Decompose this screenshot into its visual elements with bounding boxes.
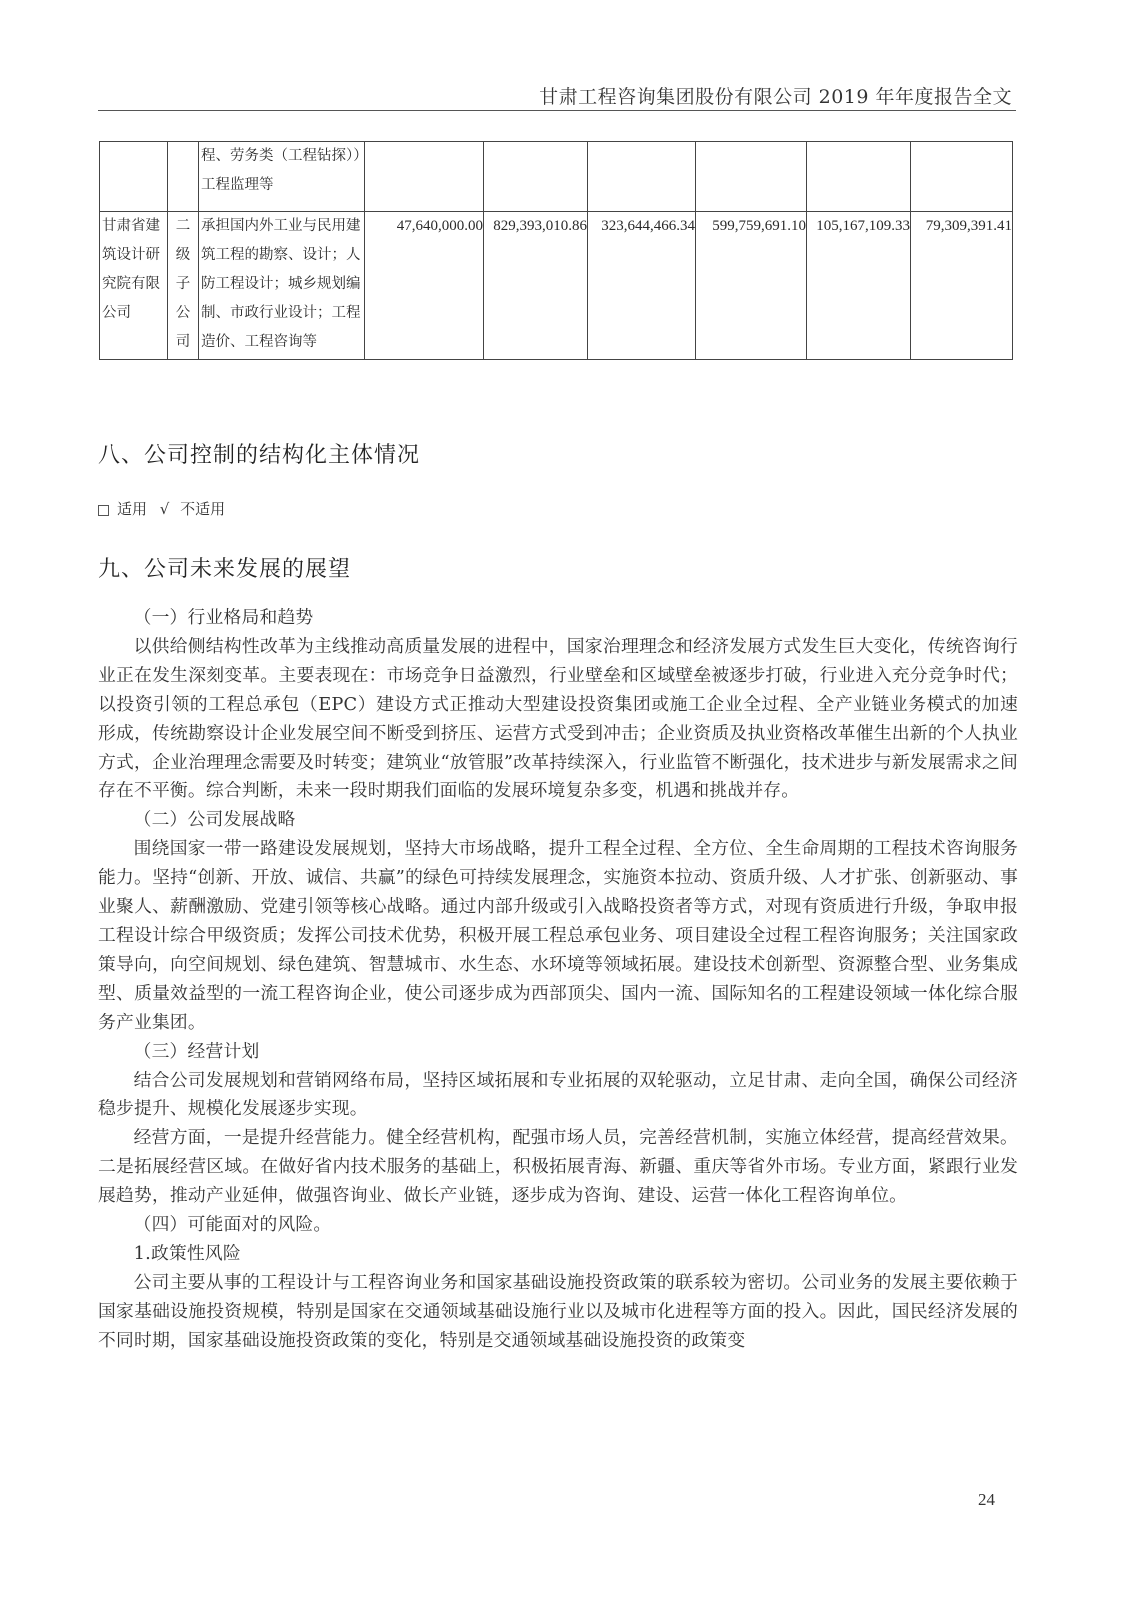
- paragraph-strategy: 围绕国家一带一路建设发展规划，坚持大市场战略，提升工程全过程、全方位、全生命周期…: [98, 835, 1018, 1037]
- company-name-line: 筑设计研: [100, 241, 167, 270]
- paragraph-plan-1: 结合公司发展规划和营销网络布局，坚持区域拓展和专业拓展的双轮驱动，立足甘肃、走向…: [98, 1067, 1018, 1125]
- check-mark-icon: √: [160, 500, 170, 518]
- company-type-cell: 二级 子公 司: [168, 212, 199, 360]
- page-number: 24: [978, 1490, 995, 1510]
- business-line: 程、劳务类（工程钻探））: [199, 142, 364, 171]
- subsidiary-table: 程、劳务类（工程钻探）） 工程监理等 甘肃省建 筑设计研 究院有限 公司 二级 …: [99, 141, 1013, 360]
- value-cell: [484, 142, 588, 212]
- registered-capital-cell: 47,640,000.00: [365, 212, 484, 360]
- business-line: 承担国内外工业与民用建: [199, 212, 364, 241]
- company-type-cell: [168, 142, 199, 212]
- business-line: 造价、工程咨询等: [199, 328, 364, 357]
- section9-body: （一）行业格局和趋势 以供给侧结构性改革为主线推动高质量发展的进程中，国家治理理…: [98, 604, 1018, 1356]
- business-scope-cell: 承担国内外工业与民用建 筑工程的勘察、设计；人 防工程设计；城乡规划编 制、市政…: [199, 212, 365, 360]
- table-row: 甘肃省建 筑设计研 究院有限 公司 二级 子公 司 承担国内外工业与民用建 筑工…: [100, 212, 1013, 360]
- company-name-line: 究院有限: [100, 270, 167, 299]
- value-cell: [807, 142, 911, 212]
- table-row-continued: 程、劳务类（工程钻探）） 工程监理等: [100, 142, 1013, 212]
- paragraph-industry: 以供给侧结构性改革为主线推动高质量发展的进程中，国家治理理念和经济发展方式发生巨…: [98, 633, 1018, 806]
- subheading-risks: （四）可能面对的风险。: [98, 1211, 1018, 1240]
- business-line: 制、市政行业设计；工程: [199, 299, 364, 328]
- applicability-line: 适用 √ 不适用: [98, 498, 225, 519]
- company-name-line: 甘肃省建: [100, 212, 167, 241]
- page-header: 甘肃工程咨询集团股份有限公司 2019 年年度报告全文: [98, 80, 1016, 111]
- net-profit-cell: 79,309,391.41: [911, 212, 1013, 360]
- subheading-industry: （一）行业格局和趋势: [98, 604, 1018, 633]
- checkbox-icon: [98, 505, 109, 516]
- paragraph-policy-risk: 公司主要从事的工程设计与工程咨询业务和国家基础设施投资政策的联系较为密切。公司业…: [98, 1269, 1018, 1356]
- report-title: 甘肃工程咨询集团股份有限公司 2019 年年度报告全文: [539, 82, 1012, 109]
- business-line: 防工程设计；城乡规划编: [199, 270, 364, 299]
- subheading-policy-risk: 1.政策性风险: [98, 1240, 1018, 1269]
- operating-profit-cell: 105,167,109.33: [807, 212, 911, 360]
- applicable-label: 适用: [117, 500, 147, 518]
- revenue-cell: 599,759,691.10: [696, 212, 807, 360]
- company-name-cell: [100, 142, 168, 212]
- section9-heading: 九、公司未来发展的展望: [98, 552, 351, 583]
- value-cell: [588, 142, 696, 212]
- subheading-plan: （三）经营计划: [98, 1038, 1018, 1067]
- company-name-line: 公司: [100, 299, 167, 328]
- subheading-strategy: （二）公司发展战略: [98, 806, 1018, 835]
- value-cell: [365, 142, 484, 212]
- company-type-line: 二级: [168, 212, 198, 270]
- value-cell: [911, 142, 1013, 212]
- net-assets-cell: 323,644,466.34: [588, 212, 696, 360]
- section8-heading: 八、公司控制的结构化主体情况: [98, 438, 420, 469]
- business-line: 工程监理等: [199, 171, 364, 200]
- value-cell: [696, 142, 807, 212]
- company-type-line: 子公: [168, 270, 198, 328]
- paragraph-plan-2: 经营方面，一是提升经营能力。健全经营机构，配强市场人员，完善经营机制，实施立体经…: [98, 1124, 1018, 1211]
- business-line: 筑工程的勘察、设计；人: [199, 241, 364, 270]
- total-assets-cell: 829,393,010.86: [484, 212, 588, 360]
- company-name-cell: 甘肃省建 筑设计研 究院有限 公司: [100, 212, 168, 360]
- business-scope-cell: 程、劳务类（工程钻探）） 工程监理等: [199, 142, 365, 212]
- not-applicable-label: 不适用: [180, 500, 225, 518]
- company-type-line: 司: [168, 328, 198, 357]
